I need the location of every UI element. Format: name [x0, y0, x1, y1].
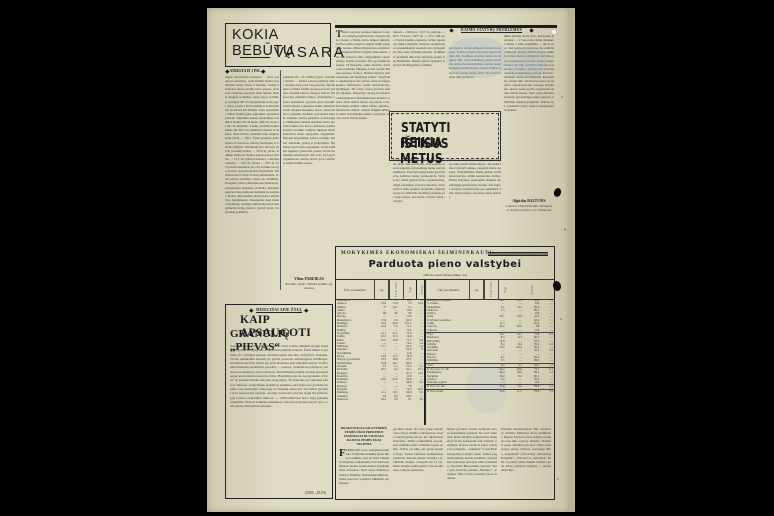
construction-column-1: TIKIU statybos sezonas laikinas. Lietuvo… [336, 30, 390, 242]
page-edge [569, 8, 575, 512]
construction-headline-box: STATYTI REIKIA IŠTISUS METUS [391, 113, 499, 159]
dairy-bottom-column-2: gyvulius laikai. Ne visur pieno laikomos… [393, 427, 443, 496]
construction-column-2b: Statybų organizacijos turi daugiau dėmes… [393, 158, 445, 242]
table-row: Iš viso rajone19,011,578,95,9 [426, 389, 554, 393]
summer-column-1: tingas. Akivaizdus rezultatas — žalos pa… [225, 75, 279, 290]
granules-article-box: MEDICINAI APIE ŽOLĘ KAIP APSAUGOTI GRANU… [225, 304, 333, 499]
granules-source: (TASS—ELTA) [305, 491, 326, 495]
dairy-section-label: MOKYKIMĖS EKONOMIŠKAI ŠEIMININKAUTI [341, 251, 493, 256]
summer-headline-line2: VASARA [274, 44, 346, 62]
construction-author: Algirdas BALTUŠIS [504, 199, 554, 203]
dairy-bottom-column-1: FEBRUOSE buvo sustiprinta kontrolė. Pati… [339, 448, 389, 496]
summer-headline-box: KOKIA BEBŪTŲ VASARA [225, 23, 331, 67]
granules-body: Vasaros-rudens metu ruošiant pašarus lab… [230, 344, 328, 484]
construction-column-2: tikslais — 900 proc. 1975 m. plėtroje — … [393, 30, 445, 110]
dairy-subtitle: 1983 m. sausio mėnesį (tūkst. cnt) [336, 273, 554, 277]
table-row: Suderves19,43,8873,0 [336, 398, 424, 401]
dairy-bottom-column-3: laikyti gyvulius švariai, aprūpinti karv… [447, 427, 497, 496]
table-left-half: Adomavos——101—Aleksos73,673,87,618,2Alšė… [336, 299, 424, 425]
newspaper-page: KOKIA BEBŪTŲ VASARA ATKELTA IŠ 1 PSL. ti… [207, 8, 569, 512]
continued-from-label: ATKELTA IŠ 1 PSL. [225, 69, 285, 73]
summer-author-title: Rokiškio rajono Vilniaus kolūkio agronom… [285, 282, 333, 294]
table-header: Ūkio pavadinimas t gr. T. kiekis % plano… [336, 279, 554, 300]
dairy-headline: Parduota pieno valstybei [336, 259, 554, 270]
granules-section-label: MEDICINAI APIE ŽOLĘ [226, 308, 332, 312]
dairy-article-box: MOKYKIMĖS EKONOMIŠKAI ŠEIMININKAUTI Pard… [335, 246, 555, 500]
construction-headline-line2: IŠTISUS METUS [400, 137, 478, 167]
summer-column-2: pakilime III—IV bebūtų lygtai. Vidutinis… [283, 75, 335, 275]
dairy-bottom-headline: KRAKENTIOJA VALSTYBINĖS ŽEMĖS ŪKIO PREKY… [339, 427, 389, 447]
summer-author: Vilius PAREIKAS [283, 277, 335, 281]
table-right-half: Raudonoji žvaigždė41,130,886,9—Š. Žibėno… [426, 299, 554, 425]
construction-author-title: Lietuvos TSR žemės ūkio ministerijos sta… [506, 204, 552, 224]
dairy-bottom-column-4: Pranešta rekomenduota: Bik. Adomavos, Kr… [501, 427, 551, 496]
construction-column-3b: tiškai, mechaninių ir statybos organizac… [449, 158, 501, 242]
construction-section-label: KAIMO STATYBŲ PROBLEMOS [447, 28, 547, 32]
